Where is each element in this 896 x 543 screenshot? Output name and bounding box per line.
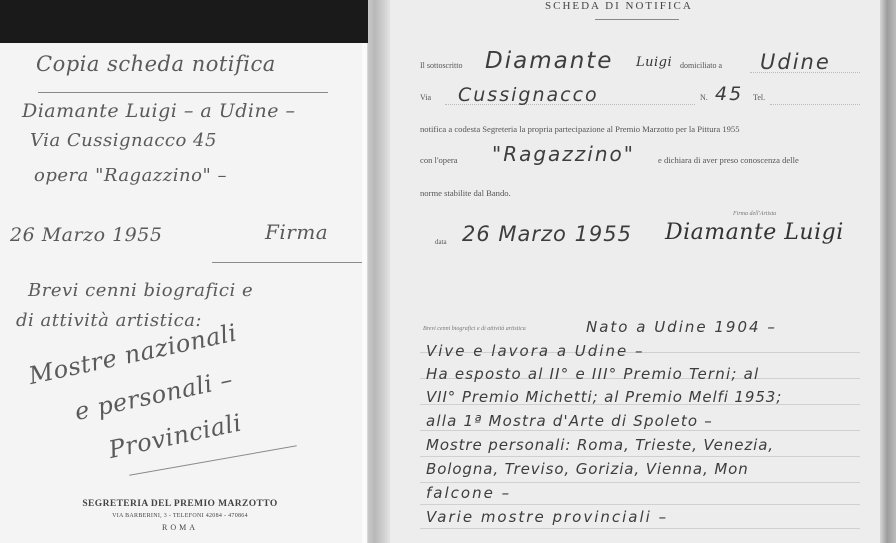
footer-organization: SEGRETERIA DEL PREMIO MARZOTTO: [60, 499, 300, 509]
declaration-text-2: norme stabilite dal Bando.: [420, 188, 511, 198]
ruled-line: [420, 504, 860, 505]
label-tel: Tel.: [753, 93, 765, 102]
label-sottoscritto: Il sottoscritto: [420, 61, 462, 70]
bio-line: falcone –: [426, 484, 511, 502]
label-data: data: [435, 238, 447, 246]
bio-line: Bologna, Treviso, Gorizia, Vienna, Mon: [426, 460, 749, 478]
ruled-line: [420, 528, 860, 529]
bio-line: Vive e lavora a Udine –: [426, 342, 644, 360]
bio-line: Nato a Udine 1904 –: [586, 318, 777, 336]
right-page-notification-form: SCHEDA DI NOTIFICA Il sottoscritto Diama…: [390, 0, 880, 543]
handwritten-date: 26 Marzo 1955: [10, 224, 162, 246]
ruled-line: [420, 456, 860, 457]
handwritten-firma: Firma: [265, 220, 328, 244]
handwritten-line: Diamante Luigi – a Udine –: [22, 100, 296, 122]
handwritten-line: Provinciali: [106, 409, 244, 464]
dark-cover-strip: [0, 0, 368, 43]
field-name-signature: Luigi: [636, 55, 672, 70]
book-spine: [368, 0, 390, 543]
field-date: 26 Marzo 1955: [462, 222, 632, 246]
field-opera: "Ragazzino": [492, 142, 635, 166]
signature-line: [212, 262, 362, 263]
page-edge-shadow: [880, 0, 896, 543]
footer-city: ROMA: [60, 523, 300, 532]
label-domiciliato: domiciliato a: [680, 61, 722, 70]
handwritten-line: Via Cussignacco 45: [30, 130, 217, 151]
label-opera: con l'opera: [420, 155, 458, 165]
field-line: [770, 104, 860, 105]
label-via: Via: [420, 93, 431, 102]
field-name: Diamante: [485, 48, 613, 74]
handwritten-line: Brevi cenni biografici e: [28, 280, 253, 301]
title-underline: [595, 19, 679, 20]
left-page-handwritten-copy: Copia scheda notifica Diamante Luigi – a…: [0, 0, 368, 543]
field-city: Udine: [760, 50, 831, 74]
notice-text: notifica a codesta Segreteria la propria…: [420, 124, 740, 134]
label-number: N.: [700, 93, 708, 102]
ruled-line: [420, 430, 860, 431]
label-bio: Brevi cenni biografici e di attività art…: [423, 326, 526, 332]
form-title: SCHEDA DI NOTIFICA: [545, 0, 693, 12]
field-street: Cussignacco: [458, 84, 599, 106]
handwritten-heading: Copia scheda notifica: [36, 52, 276, 76]
bio-line: alla 1ª Mostra d'Arte di Spoleto –: [426, 412, 713, 430]
bio-line: VII° Premio Michetti; al Premio Melfi 19…: [426, 388, 782, 406]
handwritten-line: opera "Ragazzino" –: [34, 165, 227, 186]
declaration-text: e dichiara di aver preso conoscenza dell…: [658, 155, 799, 165]
artist-signature: Diamante Luigi: [665, 220, 844, 245]
label-firma: Firma dell'Artista: [733, 211, 776, 217]
field-number: 45: [715, 83, 743, 105]
underline: [38, 92, 328, 93]
bio-line: Varie mostre provinciali –: [426, 508, 668, 526]
bio-line: Ha esposto al II° e III° Premio Terni; a…: [426, 365, 759, 383]
handwritten-line: di attività artistica:: [16, 310, 202, 331]
bio-line: Mostre personali: Roma, Trieste, Venezia…: [426, 436, 774, 454]
footer-address: VIA BARBERINI, 3 - TELEFONI 42084 - 4708…: [60, 513, 300, 519]
ruled-line: [420, 482, 860, 483]
